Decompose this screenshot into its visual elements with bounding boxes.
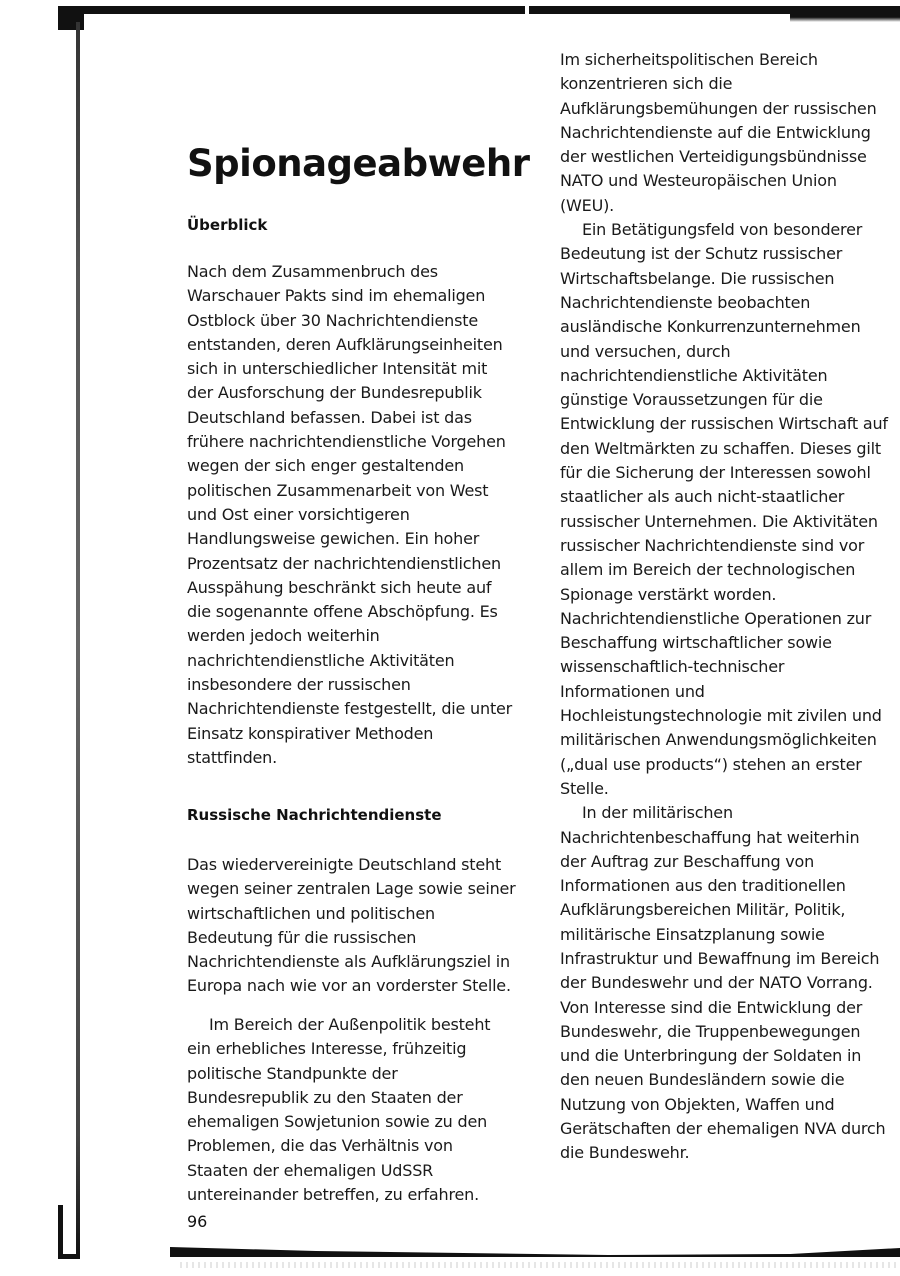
scan-border-left-foot <box>58 1205 80 1259</box>
section-heading-russische-nachrichtendienste: Russische Nachrichtendienste <box>187 806 442 824</box>
scan-border-top-gap <box>525 4 529 16</box>
paragraph: In der militärischen Nachrichtenbeschaff… <box>560 801 890 1165</box>
scan-border-top-left <box>58 6 84 30</box>
scan-border-left <box>76 22 80 1258</box>
right-column: Im sicherheitspolitischen Bereich konzen… <box>560 48 890 1166</box>
scan-border-top-right <box>790 10 900 22</box>
paragraph: Im Bereich der Außenpolitik besteht ein … <box>187 1013 517 1207</box>
page-number: 96 <box>187 1212 207 1231</box>
scan-border-top <box>58 6 900 14</box>
scan-noise <box>180 1262 900 1268</box>
section-heading-ueberblick: Überblick <box>187 216 517 234</box>
paragraph: Ein Betätigungsfeld von besonderer Bedeu… <box>560 218 890 801</box>
scan-border-bottom <box>170 1247 900 1257</box>
paragraph: Im sicherheitspolitischen Bereich konzen… <box>560 48 890 218</box>
paragraph: Nach dem Zusammenbruch des Warschauer Pa… <box>187 260 517 770</box>
page-title: Spionageabwehr <box>187 140 517 188</box>
left-column: Spionageabwehr Überblick Nach dem Zusamm… <box>187 140 517 234</box>
paragraph: Das wiedervereinigte Deutschland steht w… <box>187 853 517 999</box>
